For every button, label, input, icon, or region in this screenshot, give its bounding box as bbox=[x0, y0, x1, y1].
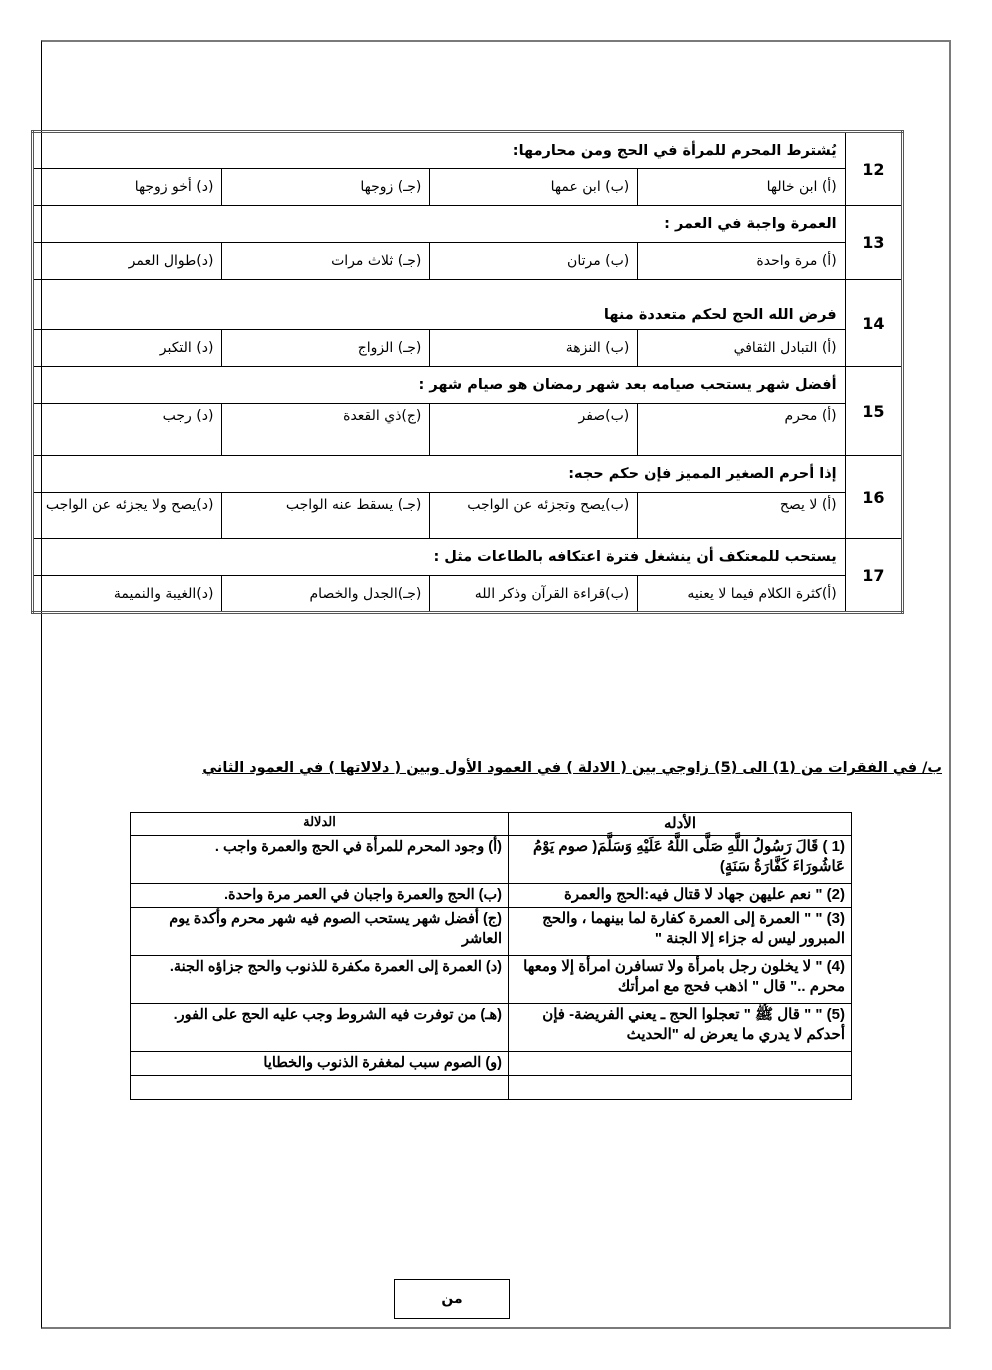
significance-cell: (ج) أفضل شهر يستحب الصوم فيه شهر محرم وأ… bbox=[131, 908, 509, 956]
answer-option[interactable]: (جـ)الجدل والخصام bbox=[222, 576, 430, 613]
significance-cell: (ب) الحج والعمرة واجبان في العمر مرة واح… bbox=[131, 884, 509, 908]
evidence-cell: (2) " نعم عليهن جهاد لا قتال فيه:الحج وا… bbox=[509, 884, 852, 908]
answer-option[interactable]: (أ) لا يصح bbox=[638, 493, 845, 539]
question-row: 12يُشترط المحرم للمرأة في الحج ومن محارم… bbox=[33, 132, 903, 169]
answer-option[interactable]: (د)الغيبة والنميمة bbox=[33, 576, 222, 613]
answer-option[interactable]: (ب) مرتان bbox=[430, 243, 638, 280]
question-number: 12 bbox=[845, 132, 902, 206]
header-evidence: الأدله bbox=[509, 813, 852, 836]
evidence-cell: (5) " " قال ﷺ " تعجلوا الحج ـ يعني الفري… bbox=[509, 1004, 852, 1052]
question-text: العمرة واجبة في العمر : bbox=[33, 206, 846, 243]
evidence-cell: (4) " لا يخلون رجل بامرأة ولا تسافرن امر… bbox=[509, 956, 852, 1004]
answer-option[interactable]: (ب)قراءة القرآن وذكر الله bbox=[430, 576, 638, 613]
options-row: (أ) محرم(ب)صفر(ج)ذي القعدة(د) رجب bbox=[33, 404, 903, 456]
matching-table: الأدله الدلالة (1 ) قَالَ رَسُولُ اللَّه… bbox=[130, 812, 852, 1100]
matching-row bbox=[131, 1076, 852, 1100]
answer-option[interactable]: (ب)صفر bbox=[430, 404, 638, 456]
question-number: 13 bbox=[845, 206, 902, 280]
answer-option[interactable]: (د) رجب bbox=[33, 404, 222, 456]
evidence-cell bbox=[509, 1052, 852, 1076]
significance-cell: (أ) وجود المحرم للمرأة في الحج والعمرة و… bbox=[131, 836, 509, 884]
question-text: يُشترط المحرم للمرأة في الحج ومن محارمها… bbox=[33, 132, 846, 169]
options-row: (أ) لا يصح(ب)يصح وتجزئه عن الواجب(جـ) يس… bbox=[33, 493, 903, 539]
question-row: 17يستحب للمعتكف أن ينشغل فترة اعتكافه با… bbox=[33, 539, 903, 576]
question-text: إذا أحرم الصغير المميز فإن حكم حجه: bbox=[33, 456, 846, 493]
question-number: 16 bbox=[845, 456, 902, 539]
question-text: يستحب للمعتكف أن ينشغل فترة اعتكافه بالط… bbox=[33, 539, 846, 576]
question-row: 16إذا أحرم الصغير المميز فإن حكم حجه: bbox=[33, 456, 903, 493]
significance-cell: (و) الصوم سبب لمغفرة الذنوب والخطايا bbox=[131, 1052, 509, 1076]
matching-row: (2) " نعم عليهن جهاد لا قتال فيه:الحج وا… bbox=[131, 884, 852, 908]
matching-row: (5) " " قال ﷺ " تعجلوا الحج ـ يعني الفري… bbox=[131, 1004, 852, 1052]
matching-row: (و) الصوم سبب لمغفرة الذنوب والخطايا bbox=[131, 1052, 852, 1076]
options-row: (أ) التبادل الثقافي(ب) النزهة(جـ) الزواج… bbox=[33, 330, 903, 367]
answer-option[interactable]: (ب) ابن عمها bbox=[430, 169, 638, 206]
question-row: 13العمرة واجبة في العمر : bbox=[33, 206, 903, 243]
matching-row: (3) " " العمرة إلى العمرة كفارة لما بينه… bbox=[131, 908, 852, 956]
evidence-cell: (3) " " العمرة إلى العمرة كفارة لما بينه… bbox=[509, 908, 852, 956]
answer-option[interactable]: (د) التكبر bbox=[33, 330, 222, 367]
matching-row: (1 ) قَالَ رَسُولُ اللَّهِ صَلَّى اللَّه… bbox=[131, 836, 852, 884]
answer-option[interactable]: (د) أخو زوجها bbox=[33, 169, 222, 206]
answer-option[interactable]: (أ)كثرة الكلام فيما لا يعنيه bbox=[638, 576, 845, 613]
answer-option[interactable]: (جـ) زوجها bbox=[222, 169, 430, 206]
section-b-instruction: ب/ في الفقرات من (1) الى (5) زاوجي بين (… bbox=[202, 760, 942, 776]
evidence-cell: (1 ) قَالَ رَسُولُ اللَّهِ صَلَّى اللَّه… bbox=[509, 836, 852, 884]
question-number: 14 bbox=[845, 280, 902, 367]
options-row: (أ) ابن خالها(ب) ابن عمها(جـ) زوجها(د) أ… bbox=[33, 169, 903, 206]
mcq-table: 12يُشترط المحرم للمرأة في الحج ومن محارم… bbox=[31, 130, 904, 614]
answer-option[interactable]: (أ) التبادل الثقافي bbox=[638, 330, 845, 367]
question-number: 17 bbox=[845, 539, 902, 613]
question-text: أفضل شهر يستحب صيامه بعد شهر رمضان هو صي… bbox=[33, 367, 846, 404]
answer-option[interactable]: (أ) محرم bbox=[638, 404, 845, 456]
options-row: (أ) مرة واحدة(ب) مرتان(جـ) ثلاث مرات(د)ط… bbox=[33, 243, 903, 280]
significance-cell: (هـ) من توفرت فيه الشروط وجب عليه الحج ع… bbox=[131, 1004, 509, 1052]
page-number-box: من bbox=[394, 1279, 510, 1319]
evidence-cell bbox=[509, 1076, 852, 1100]
answer-option[interactable]: (جـ) يسقط عنه الواجب bbox=[222, 493, 430, 539]
answer-option[interactable]: (ج)ذي القعدة bbox=[222, 404, 430, 456]
significance-cell: (د) العمرة إلى العمرة مكفرة للذنوب والحج… bbox=[131, 956, 509, 1004]
question-row: 15أفضل شهر يستحب صيامه بعد شهر رمضان هو … bbox=[33, 367, 903, 404]
answer-option[interactable]: (أ) ابن خالها bbox=[638, 169, 845, 206]
matching-row: (4) " لا يخلون رجل بامرأة ولا تسافرن امر… bbox=[131, 956, 852, 1004]
answer-option[interactable]: (ب) النزهة bbox=[430, 330, 638, 367]
header-significance: الدلالة bbox=[131, 813, 509, 836]
answer-option[interactable]: (جـ) ثلاث مرات bbox=[222, 243, 430, 280]
answer-option[interactable]: (د)طوال العمر bbox=[33, 243, 222, 280]
answer-option[interactable]: (أ) مرة واحدة bbox=[638, 243, 845, 280]
question-number: 15 bbox=[845, 367, 902, 456]
significance-cell bbox=[131, 1076, 509, 1100]
answer-option[interactable]: (ب)يصح وتجزئه عن الواجب bbox=[430, 493, 638, 539]
answer-option[interactable]: (د)يصح ولا يجزئه عن الواجب bbox=[33, 493, 222, 539]
question-row: 14فرض الله الحج لحكم متعددة منها bbox=[33, 280, 903, 330]
answer-option[interactable]: (جـ) الزواج bbox=[222, 330, 430, 367]
options-row: (أ)كثرة الكلام فيما لا يعنيه(ب)قراءة الق… bbox=[33, 576, 903, 613]
question-text: فرض الله الحج لحكم متعددة منها bbox=[33, 280, 846, 330]
